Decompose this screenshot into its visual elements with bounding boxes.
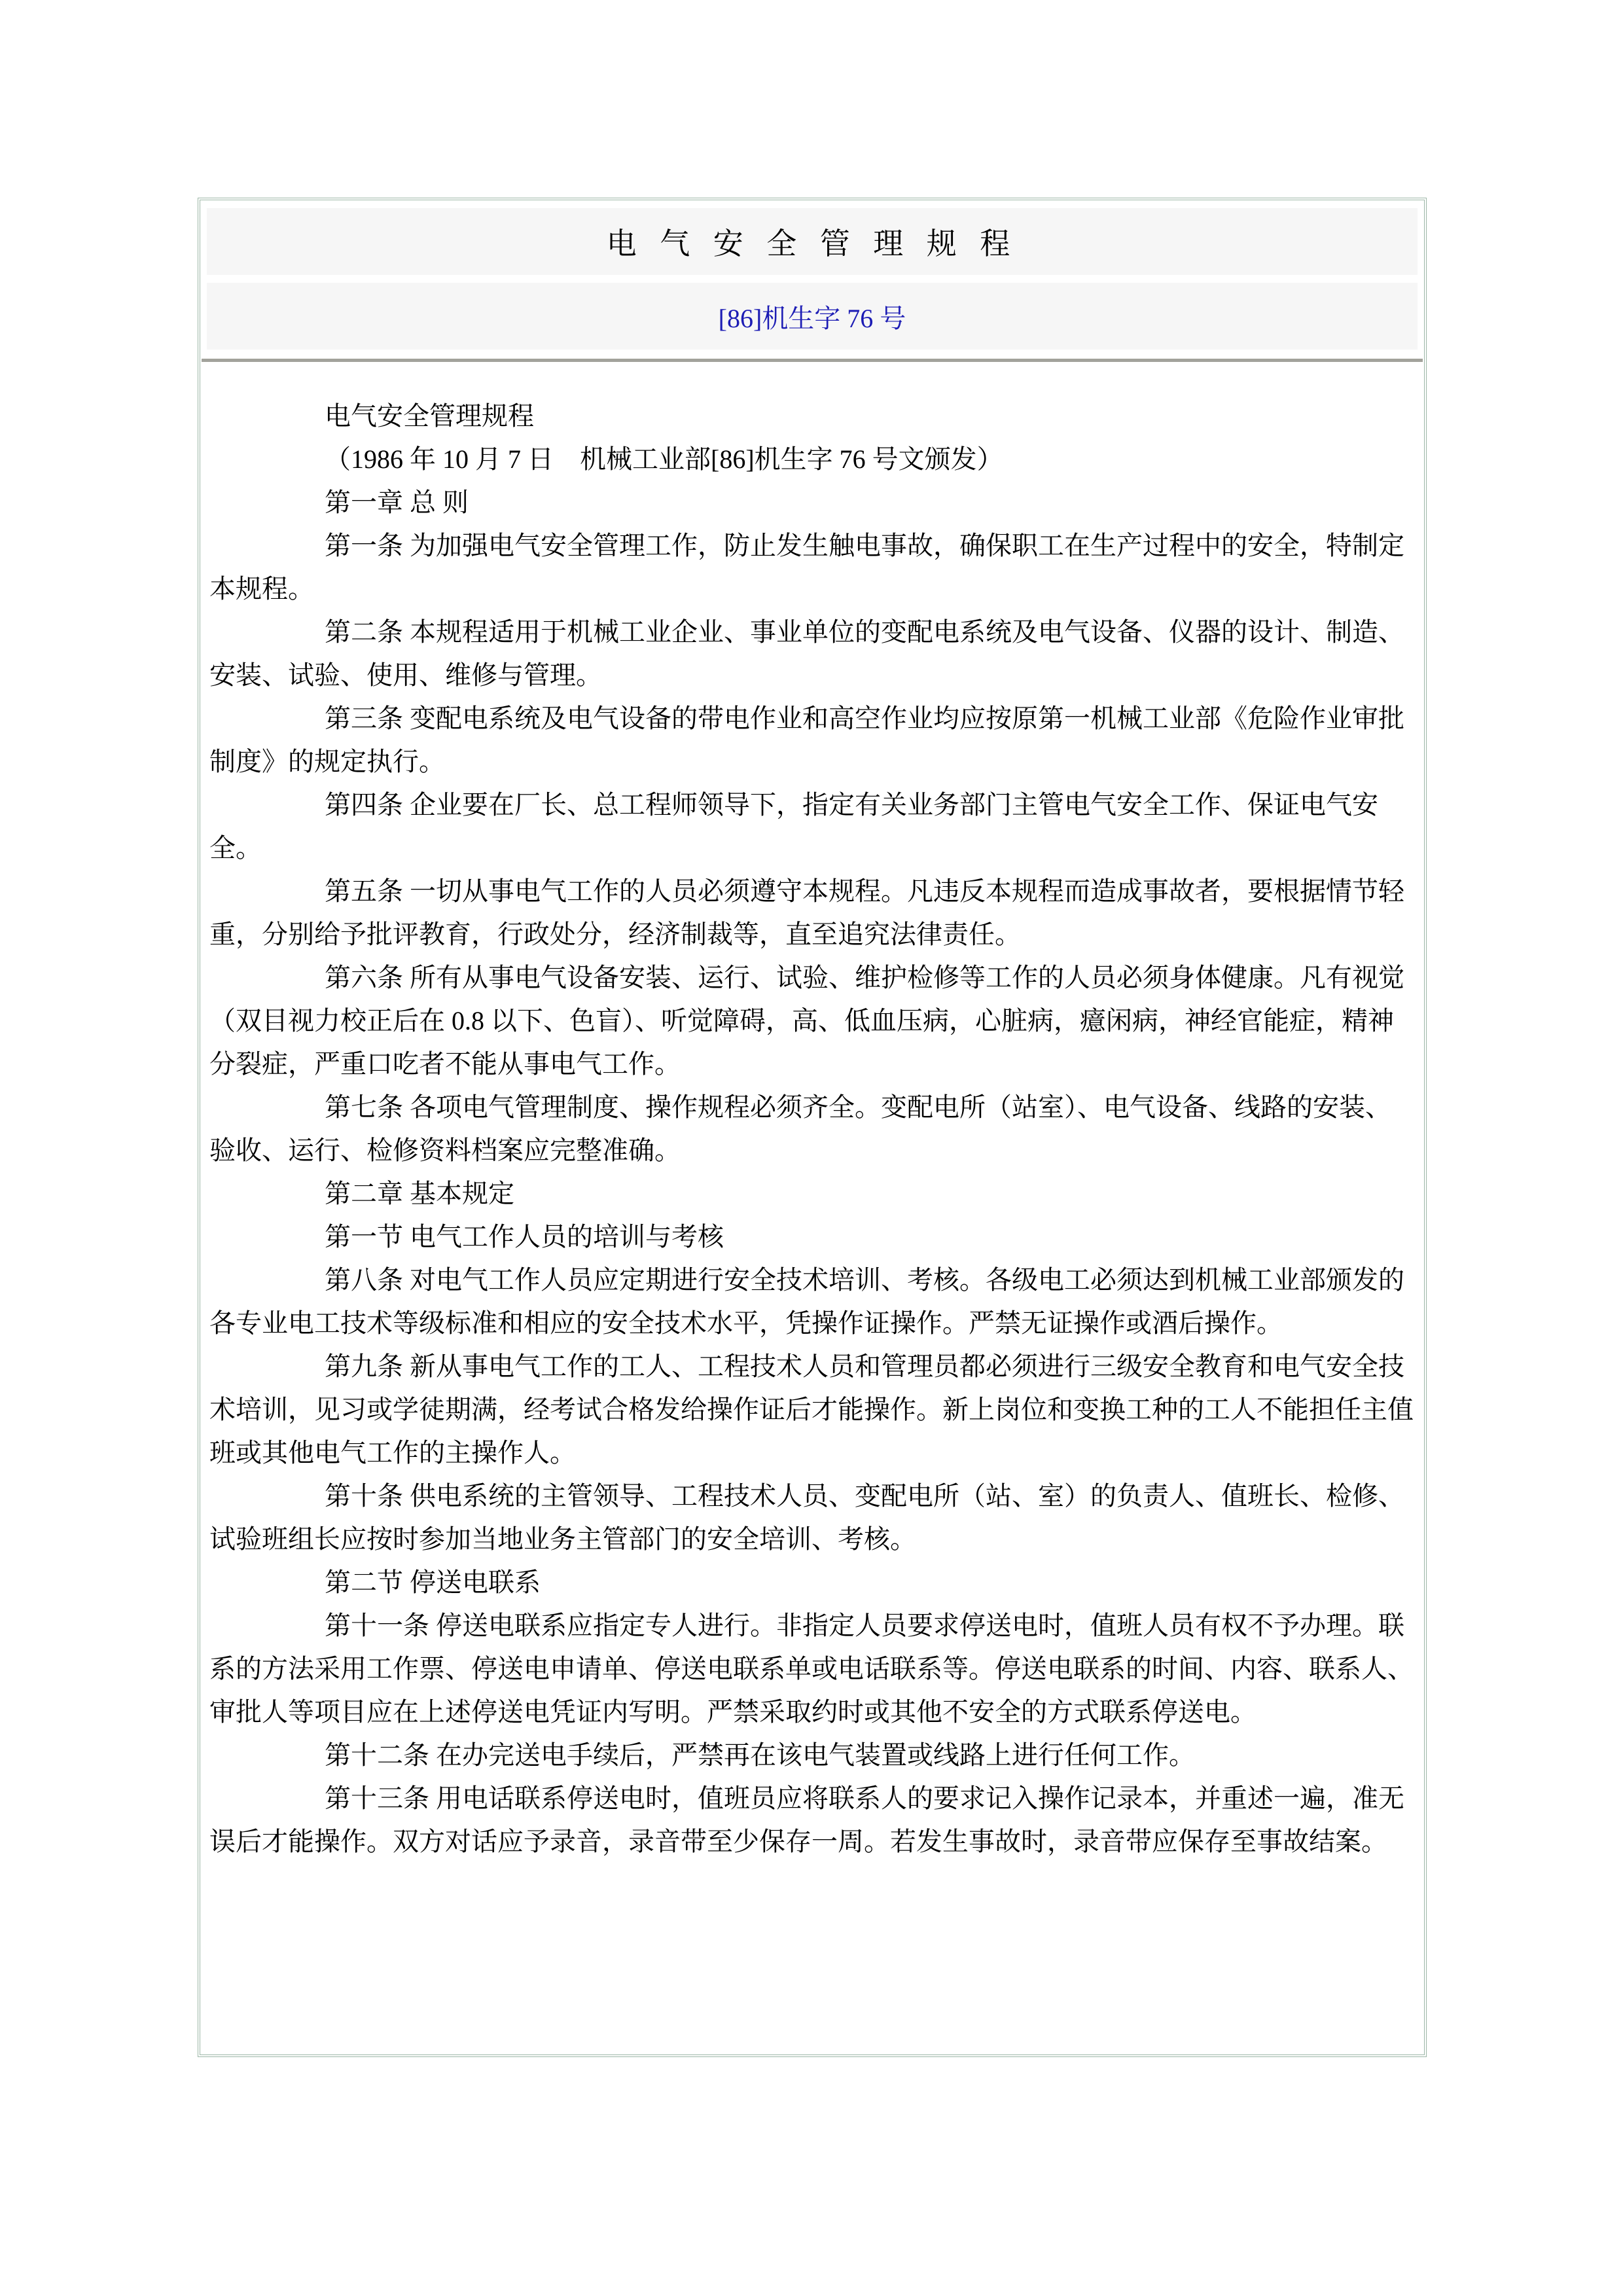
paragraph: 第十二条 在办完送电手续后，严禁再在该电气装置或线路上进行任何工作。	[209, 1734, 1415, 1777]
paragraph: 第九条 新从事电气工作的工人、工程技术人员和管理员都必须进行三级安全教育和电气安…	[209, 1345, 1415, 1475]
paragraph: 第十条 供电系统的主管领导、工程技术人员、变配电所（站、室）的负责人、值班长、检…	[209, 1475, 1415, 1561]
paragraph: 第四条 企业要在厂长、总工程师领导下，指定有关业务部门主管电气安全工作、保证电气…	[209, 783, 1415, 870]
paragraph: 第一条 为加强电气安全管理工作，防止发生触电事故，确保职工在生产过程中的安全，特…	[209, 524, 1415, 611]
document-body: 电气安全管理规程（1986 年 10 月 7 日 机械工业部[86]机生字 76…	[200, 362, 1424, 1891]
page-title: 电 气 安 全 管 理 规 程	[607, 220, 1018, 263]
paragraph: 第一节 电气工作人员的培训与考核	[209, 1215, 1415, 1259]
paragraph: 第三条 变配电系统及电气设备的带电作业和高空作业均应按原第一机械工业部《危险作业…	[209, 697, 1415, 783]
paragraph: 第二条 本规程适用于机械工业企业、事业单位的变配电系统及电气设备、仪器的设计、制…	[209, 611, 1415, 697]
title-band: 电 气 安 全 管 理 规 程	[207, 208, 1418, 275]
doc-number-link[interactable]: [86]机生字 76 号	[719, 298, 906, 335]
doc-number-band: [86]机生字 76 号	[207, 283, 1418, 350]
paragraph: 第十一条 停送电联系应指定专人进行。非指定人员要求停送电时，值班人员有权不予办理…	[209, 1604, 1415, 1734]
paragraph: 第二节 停送电联系	[209, 1561, 1415, 1604]
paragraph: 第八条 对电气工作人员应定期进行安全技术培训、考核。各级电工必须达到机械工业部颁…	[209, 1259, 1415, 1345]
paragraph: 第十三条 用电话联系停送电时，值班员应将联系人的要求记入操作记录本，并重述一遍，…	[209, 1777, 1415, 1863]
paragraph: 第六条 所有从事电气设备安装、运行、试验、维护检修等工作的人员必须身体健康。凡有…	[209, 956, 1415, 1086]
paragraph: 第一章 总 则	[209, 481, 1415, 524]
paragraph: 电气安全管理规程	[209, 395, 1415, 438]
paragraph: 第五条 一切从事电气工作的人员必须遵守本规程。凡违反本规程而造成事故者，要根据情…	[209, 870, 1415, 956]
paragraph: 第七条 各项电气管理制度、操作规程必须齐全。变配电所（站室）、电气设备、线路的安…	[209, 1086, 1415, 1172]
paragraph: 第二章 基本规定	[209, 1172, 1415, 1215]
paragraph: （1986 年 10 月 7 日 机械工业部[86]机生字 76 号文颁发）	[209, 438, 1415, 481]
document-page: 电 气 安 全 管 理 规 程 [86]机生字 76 号 电气安全管理规程（19…	[198, 198, 1427, 2057]
